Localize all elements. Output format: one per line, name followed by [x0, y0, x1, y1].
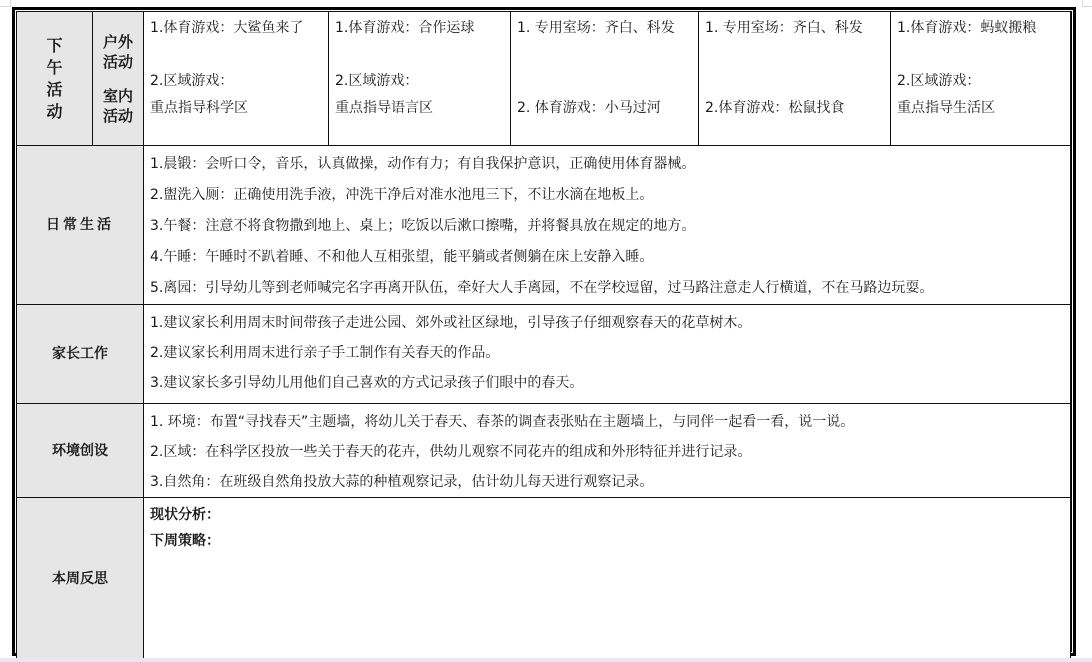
parent-work-content: 1.建议家长利用周末时间带孩子走进公园、郊外或社区绿地，引导孩子仔细观察春天的花…: [144, 305, 1071, 404]
bottom-toolbar-strip: [0, 658, 1092, 662]
parent-work-label: 家长工作: [52, 346, 108, 362]
day-4-line-1: 1. 专用室场：齐白、科发: [705, 18, 863, 38]
daily-life-label: 日常生活: [46, 217, 114, 233]
afternoon-label-char: 动: [47, 102, 63, 121]
daily-life-row: 日常生活 1.晨锻：会听口令，音乐，认真做操，动作有力；有自我保护意识，正确使用…: [17, 146, 1071, 305]
day-cell-5: 1.体育游戏：蚂蚁搬粮 2.区域游戏： 重点指导生活区: [891, 12, 1071, 146]
day-cell-2: 1.体育游戏：合作运球 2.区域游戏： 重点指导语言区: [329, 12, 511, 146]
environment-item: 1. 环境：布置“寻找春天”主题墙，将幼儿关于春天、春茶的调查表张贴在主题墙上，…: [150, 407, 1070, 437]
day-1-line-2b: 重点指导科学区: [150, 98, 248, 118]
day-4-line-2b: 2.体育游戏：松鼠找食: [705, 98, 844, 118]
afternoon-row: 下 午 活 动 户外 活动 室内 活动 1.体育游戏：大鲨鱼来了 2.区域游戏：…: [17, 12, 1071, 146]
parent-work-label-cell: 家长工作: [17, 305, 144, 404]
afternoon-label-char: 午: [47, 58, 63, 77]
outdoor-label-line: 户外: [93, 32, 143, 52]
day-5-line-1: 1.体育游戏：蚂蚁搬粮: [897, 18, 1036, 38]
environment-content: 1. 环境：布置“寻找春天”主题墙，将幼儿关于春天、春茶的调查表张贴在主题墙上，…: [144, 404, 1071, 498]
parent-work-item: 2.建议家长利用周末进行亲子手工制作有关春天的作品。: [150, 338, 1070, 368]
afternoon-label-cell: 下 午 活 动: [17, 12, 93, 146]
next-week-strategy-heading: 下周策略：: [150, 528, 1070, 554]
parent-work-row: 家长工作 1.建议家长利用周末时间带孩子走进公园、郊外或社区绿地，引导孩子仔细观…: [17, 305, 1071, 404]
page-corner-mark-right: [1082, 0, 1092, 7]
environment-item: 3.自然角：在班级自然角投放大蒜的种植观察记录，估计幼儿每天进行观察记录。: [150, 467, 1070, 497]
day-3-line-2b: 2. 体育游戏：小马过河: [517, 98, 661, 118]
indoor-label-line: 活动: [93, 106, 143, 126]
day-cell-1: 1.体育游戏：大鲨鱼来了 2.区域游戏： 重点指导科学区: [144, 12, 329, 146]
outdoor-label-line: 活动: [93, 52, 143, 72]
day-2-line-2a: 2.区域游戏：: [335, 71, 418, 91]
day-2-line-1: 1.体育游戏：合作运球: [335, 18, 474, 38]
afternoon-label-char: 下: [47, 36, 63, 55]
page-corner-mark-left: [0, 0, 11, 7]
indoor-label: 室内 活动: [93, 86, 143, 126]
daily-life-item: 1.晨锻：会听口令，音乐，认真做操，动作有力；有自我保护意识，正确使用体育器械。: [150, 149, 1070, 180]
reflection-label-cell: 本周反思: [17, 498, 144, 660]
reflection-content[interactable]: 现状分析： 下周策略：: [144, 498, 1071, 660]
day-1-line-1: 1.体育游戏：大鲨鱼来了: [150, 18, 303, 38]
environment-item: 2.区域：在科学区投放一些关于春天的花卉，供幼儿观察不同花卉的组成和外形特征并进…: [150, 437, 1070, 467]
daily-life-content: 1.晨锻：会听口令，音乐，认真做操，动作有力；有自我保护意识，正确使用体育器械。…: [144, 146, 1071, 305]
activity-type-cell: 户外 活动 室内 活动: [93, 12, 144, 146]
day-2-line-2b: 重点指导语言区: [335, 98, 433, 118]
daily-life-label-cell: 日常生活: [17, 146, 144, 305]
parent-work-item: 3.建议家长多引导幼儿用他们自己喜欢的方式记录孩子们眼中的春天。: [150, 368, 1070, 398]
daily-life-item: 4.午睡：午睡时不趴着睡、不和他人互相张望，能平躺或者侧躺在床上安静入睡。: [150, 242, 1070, 273]
daily-life-item: 5.离园：引导幼儿等到老师喊完名字再离开队伍，牵好大人手离园，不在学校逗留，过马…: [150, 273, 1070, 304]
daily-life-item: 2.盥洗入厕：正确使用洗手液，冲洗干净后对准水池甩三下，不让水滴在地板上。: [150, 180, 1070, 211]
environment-label-cell: 环境创设: [17, 404, 144, 498]
day-cell-4: 1. 专用室场：齐白、科发 2.体育游戏：松鼠找食: [699, 12, 891, 146]
indoor-label-line: 室内: [93, 86, 143, 106]
environment-label: 环境创设: [52, 443, 108, 459]
weekly-plan-table: 下 午 活 动 户外 活动 室内 活动 1.体育游戏：大鲨鱼来了 2.区域游戏：…: [16, 11, 1071, 660]
environment-row: 环境创设 1. 环境：布置“寻找春天”主题墙，将幼儿关于春天、春茶的调查表张贴在…: [17, 404, 1071, 498]
reflection-row: 本周反思 现状分析： 下周策略：: [17, 498, 1071, 660]
status-analysis-heading: 现状分析：: [150, 502, 1070, 528]
outdoor-label: 户外 活动: [93, 32, 143, 72]
day-cell-3: 1. 专用室场：齐白、科发 2. 体育游戏：小马过河: [511, 12, 699, 146]
afternoon-label: 下 午 活 动: [47, 35, 63, 123]
day-5-line-2a: 2.区域游戏：: [897, 71, 980, 91]
daily-life-item: 3.午餐：注意不将食物撒到地上、桌上；吃饭以后漱口擦嘴，并将餐具放在规定的地方。: [150, 211, 1070, 242]
afternoon-label-char: 活: [47, 80, 63, 99]
parent-work-item: 1.建议家长利用周末时间带孩子走进公园、郊外或社区绿地，引导孩子仔细观察春天的花…: [150, 308, 1070, 338]
day-1-line-2a: 2.区域游戏：: [150, 71, 233, 91]
day-5-line-2b: 重点指导生活区: [897, 98, 995, 118]
reflection-label: 本周反思: [52, 571, 108, 587]
day-3-line-1: 1. 专用室场：齐白、科发: [517, 18, 675, 38]
